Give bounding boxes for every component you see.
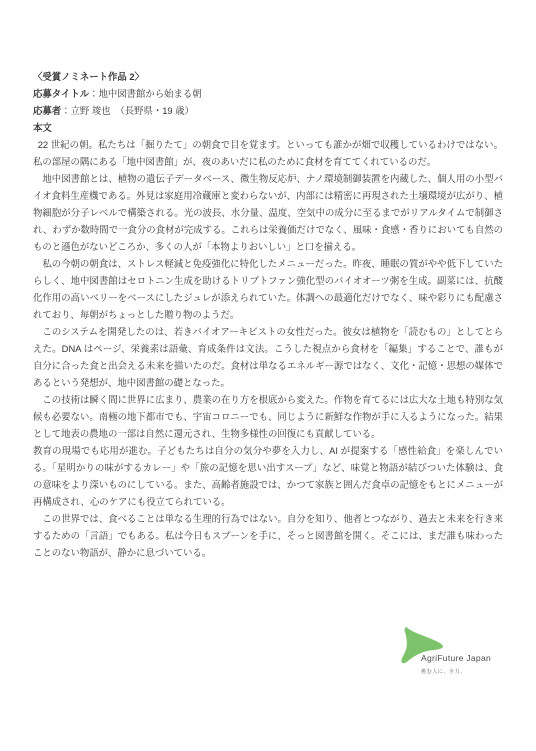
field-value: 立野 竣也 （長野県・19 歳）: [71, 105, 194, 116]
document-page: 〈受賞ノミネート作品 2〉 応募タイトル：地中図書館から始まる朝 応募者：立野 …: [0, 0, 536, 751]
paragraph: 教育の現場でも応用が進む。子どもたちは自分の気分や夢を入力し、AI が提案する「…: [33, 442, 503, 510]
brand-name: AgriFuture Japan: [421, 653, 491, 663]
paragraph: 22 世紀の朝。私たちは「掘りたて」の朝食で目を覚ます。といっても誰かが畑で収穫…: [33, 136, 503, 170]
brand-tagline: 挑む人に、全力。: [421, 668, 466, 675]
body-heading: 本文: [33, 119, 503, 136]
paragraph: この技術は瞬く間に世界に広まり、農業の在り方を根底から変えた。作物を育てるには広…: [33, 391, 503, 442]
agrifuture-logo: AgriFuture Japan 挑む人に、全力。: [399, 626, 524, 681]
field-value: 地中図書館から始まる朝: [98, 88, 201, 99]
paragraph: 地中図書館とは、植物の遺伝子データベース、微生物反応炉、ナノ環境制御装置を内蔵し…: [33, 170, 503, 255]
paragraph: 私の今朝の朝食は、ストレス軽減と免疫強化に特化したメニューだった。昨夜、睡眠の質…: [33, 255, 503, 323]
field-label: 応募者: [33, 105, 61, 116]
section-label: 〈受賞ノミネート作品 2〉: [33, 68, 503, 85]
field-label: 応募タイトル: [33, 88, 89, 99]
field-row-entry-title: 応募タイトル：地中図書館から始まる朝: [33, 85, 503, 102]
paragraph: このシステムを開発したのは、若きバイオアーキビストの女性だった。彼女は植物を「読…: [33, 323, 503, 391]
essay-content: 〈受賞ノミネート作品 2〉 応募タイトル：地中図書館から始まる朝 応募者：立野 …: [33, 68, 503, 561]
field-separator: ：: [61, 105, 70, 116]
paragraph: この世界では、食べることは単なる生理的行為ではない。自分を知り、他者とつながり、…: [33, 510, 503, 561]
field-row-applicant: 応募者：立野 竣也 （長野県・19 歳）: [33, 102, 503, 119]
